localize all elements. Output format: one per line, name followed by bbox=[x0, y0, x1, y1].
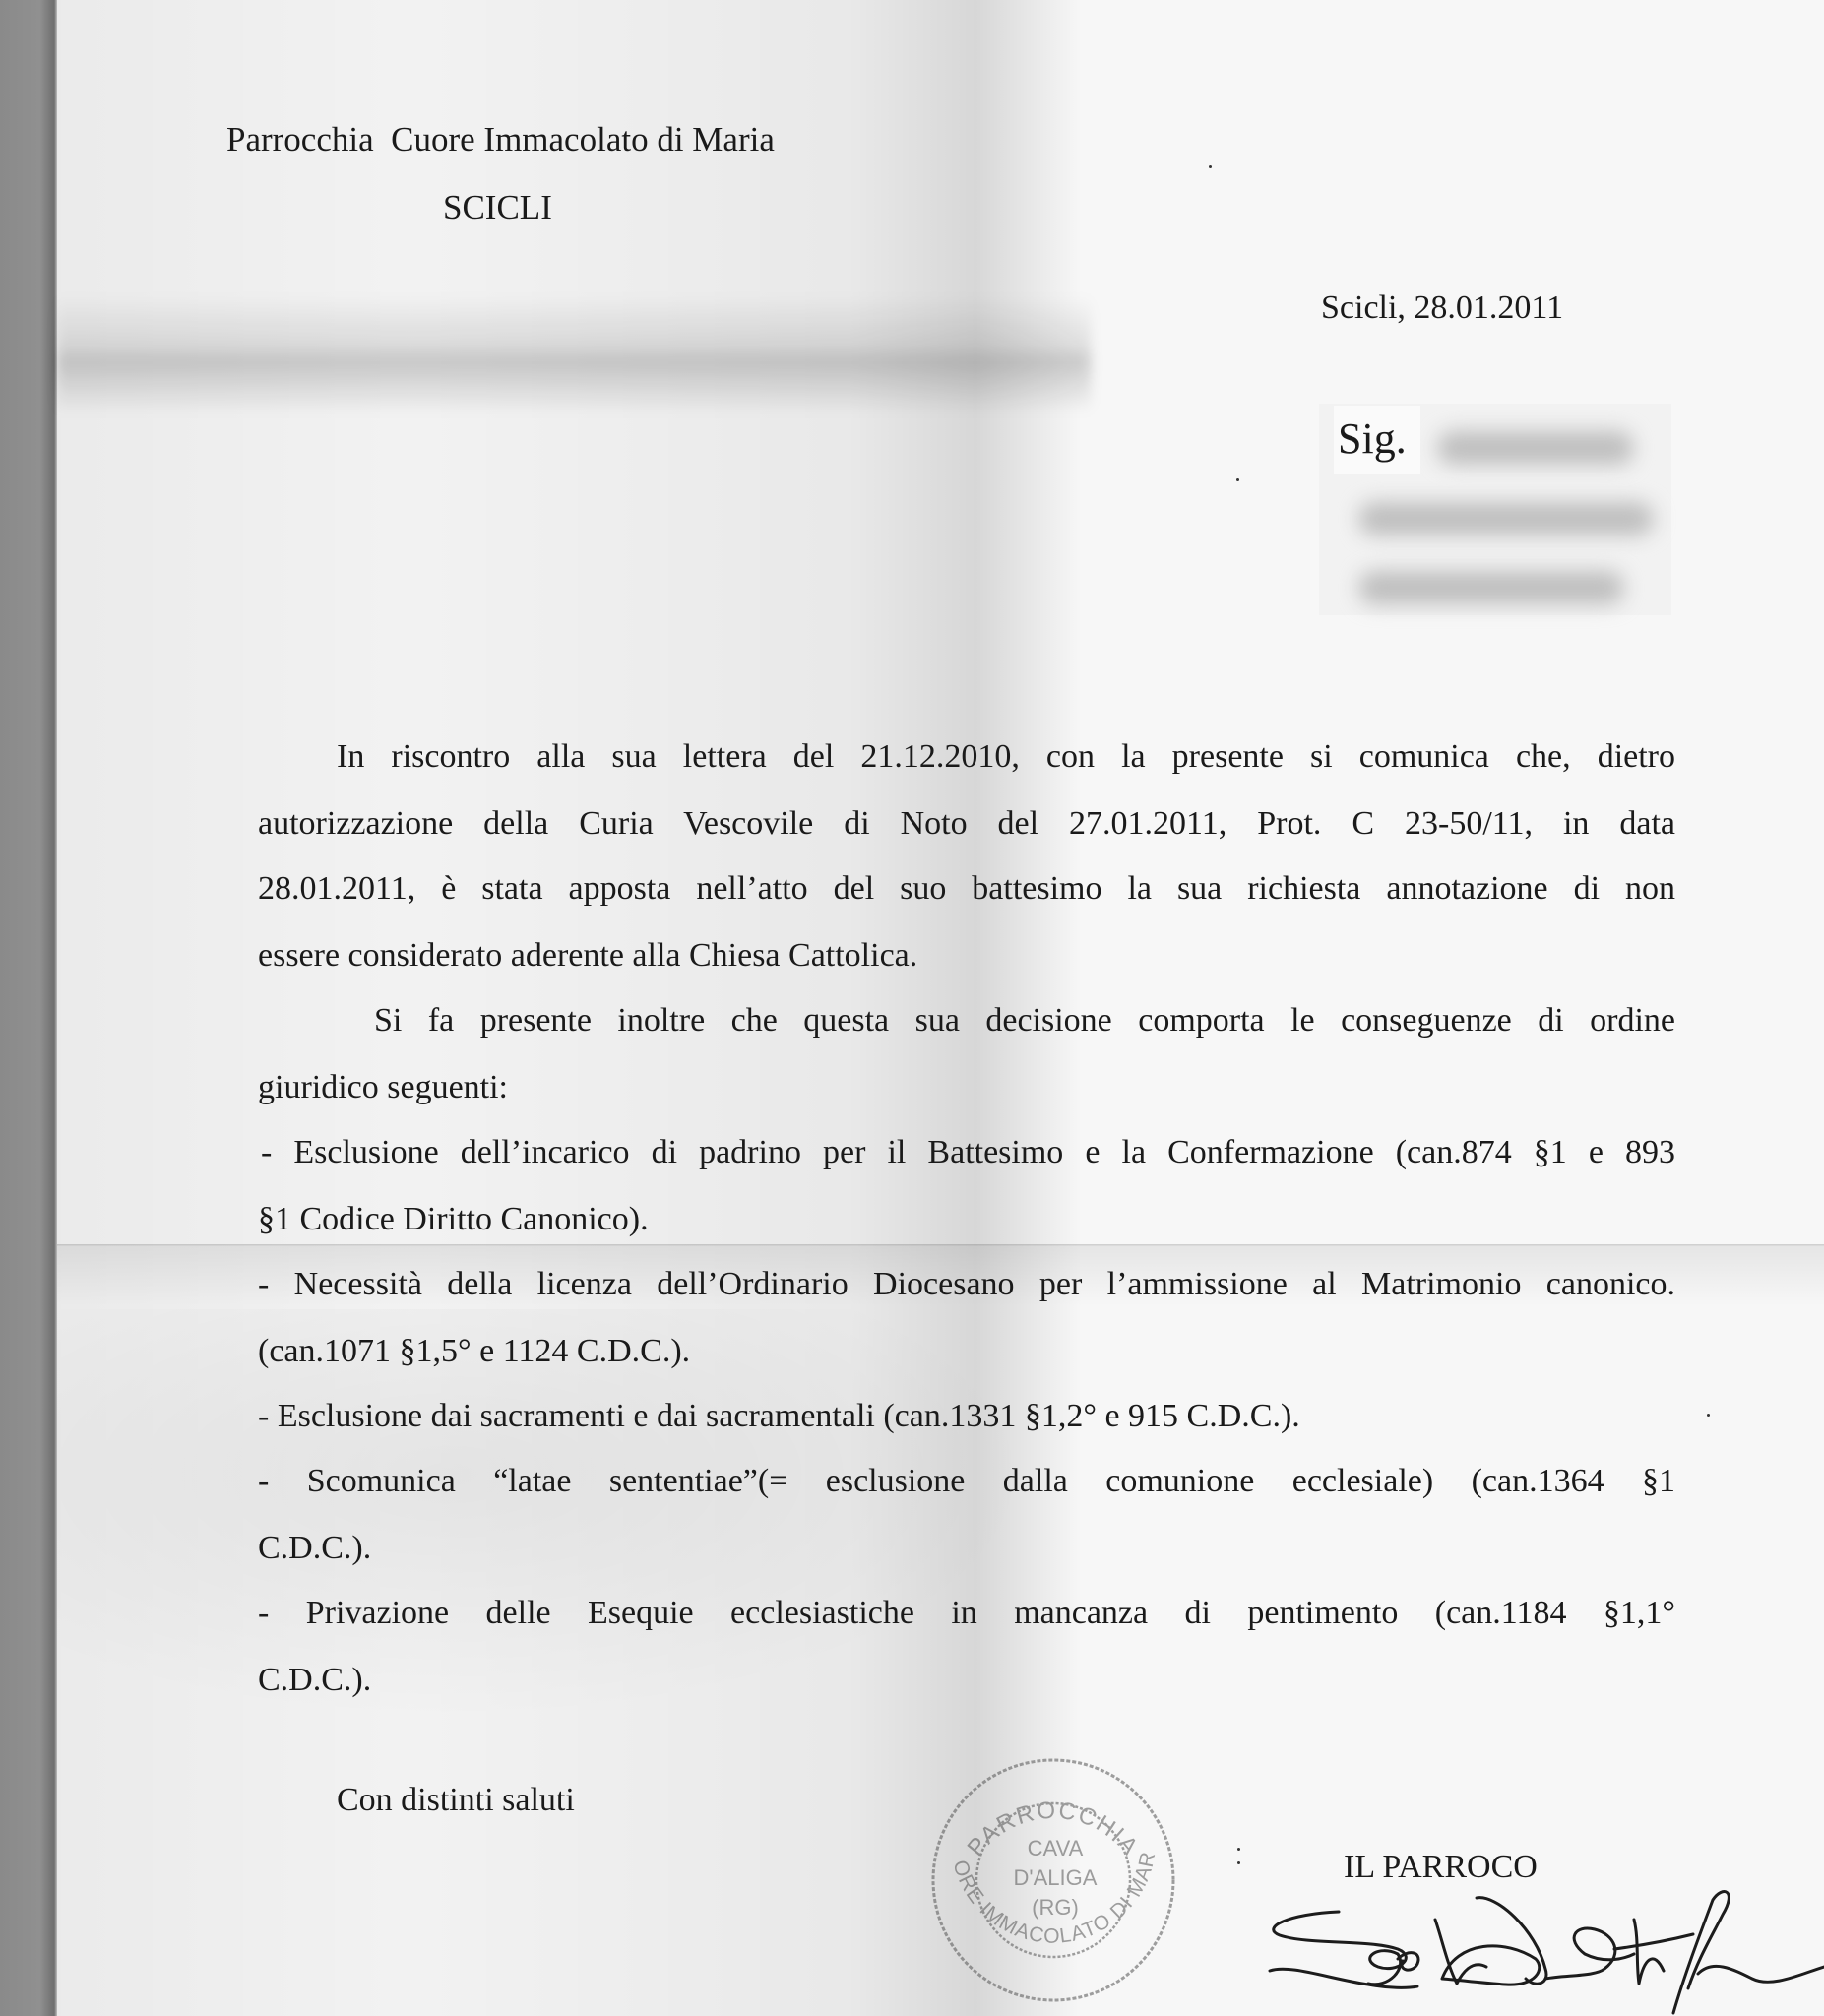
stamp-center-line: CAVA bbox=[1028, 1836, 1084, 1860]
consequence-item-cont: §1 Codice Diritto Canonico). bbox=[258, 1203, 1675, 1236]
scan-speck bbox=[1236, 478, 1239, 481]
body-line: autorizzazione della Curia Vescovile di … bbox=[258, 807, 1675, 841]
letter-date: Scicli, 28.01.2011 bbox=[1321, 291, 1563, 325]
paper-shade bbox=[57, 1309, 1041, 1723]
parish-stamp: PARROCCHIA CUORE IMMACOLATO DI MARIA CAV… bbox=[925, 1752, 1181, 2008]
scan-speck bbox=[1707, 1414, 1710, 1417]
consequence-item: - Esclusione dai sacramenti e dai sacram… bbox=[258, 1400, 1675, 1433]
consequence-item: - Esclusione dell’incarico di padrino pe… bbox=[261, 1136, 1675, 1169]
body-line: giuridico seguenti: bbox=[258, 1071, 1675, 1104]
paper-crease bbox=[57, 1244, 1824, 1247]
consequence-item: - Privazione delle Esequie ecclesiastich… bbox=[258, 1597, 1675, 1630]
consequence-item-cont: (can.1071 §1,5° e 1124 C.D.C.). bbox=[258, 1335, 1675, 1368]
scan-speck bbox=[1237, 1848, 1240, 1851]
consequence-item-cont: C.D.C.). bbox=[258, 1664, 1675, 1697]
body-line: 28.01.2011, è stata apposta nell’atto de… bbox=[258, 872, 1675, 906]
scanned-letter: Parrocchia Cuore Immacolato di Maria SCI… bbox=[0, 0, 1824, 2016]
scan-speck bbox=[1237, 1861, 1240, 1864]
consequence-item: - Necessità della licenza dell’Ordinario… bbox=[258, 1268, 1675, 1301]
scan-speck bbox=[1209, 165, 1212, 168]
closing-salutation: Con distinti saluti bbox=[337, 1784, 575, 1817]
stamp-center-line: D'ALIGA bbox=[1014, 1865, 1098, 1890]
recipient-salutation: Sig. bbox=[1334, 406, 1420, 474]
scanner-edge bbox=[0, 0, 57, 2016]
letterhead-city: SCICLI bbox=[443, 190, 552, 224]
letterhead-parish: Parrocchia Cuore Immacolato di Maria bbox=[226, 122, 775, 157]
body-line: In riscontro alla sua lettera del 21.12.… bbox=[337, 740, 1675, 774]
consequence-item: - Scomunica “latae sententiae”(= esclusi… bbox=[258, 1465, 1675, 1498]
body-line: essere considerato aderente alla Chiesa … bbox=[258, 939, 1675, 973]
handwritten-signature bbox=[1250, 1880, 1824, 2016]
stamp-center-line: (RG) bbox=[1032, 1895, 1079, 1920]
fold-shadow-horizontal bbox=[57, 295, 1091, 413]
body-line: Si fa presente inoltre che questa sua de… bbox=[374, 1004, 1675, 1038]
consequence-item-cont: C.D.C.). bbox=[258, 1532, 1675, 1565]
signer-title: IL PARROCO bbox=[1344, 1851, 1538, 1884]
